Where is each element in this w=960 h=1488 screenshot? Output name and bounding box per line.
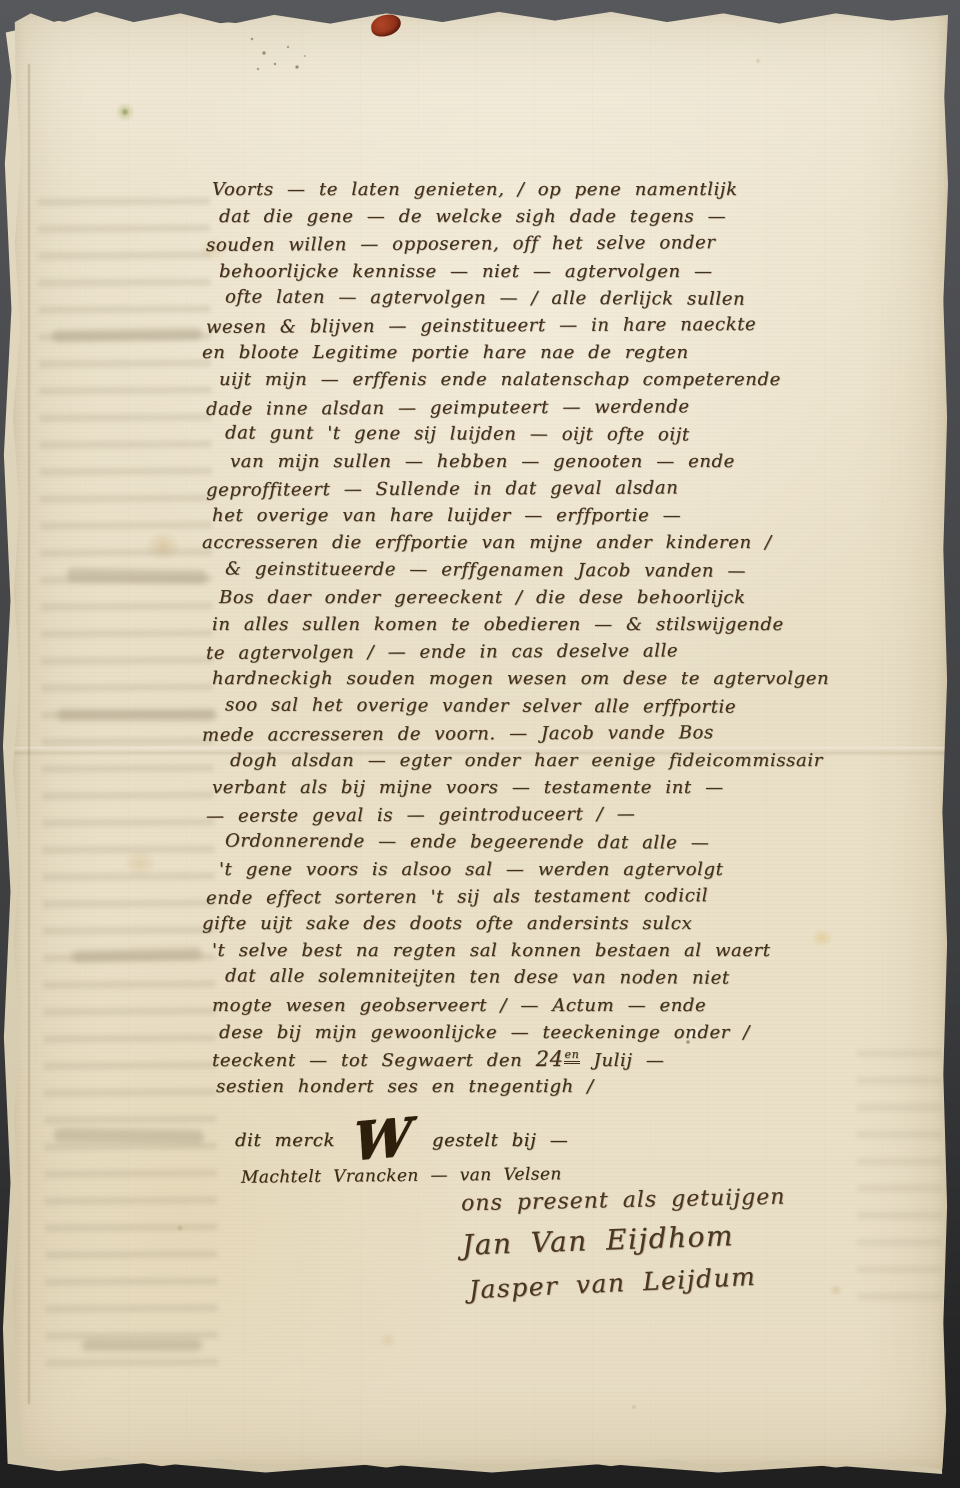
- text-line: dade inne alsdan — geimputeert — werdend…: [206, 392, 922, 423]
- witness-signature: Jan Van Eijdhom: [461, 1217, 786, 1261]
- text-line: en bloote Legitime portie hare nae de re…: [202, 339, 922, 366]
- text-line: verbant als bij mijne voors — testamente…: [212, 774, 922, 801]
- text-line: van mijn sullen — hebben — genooten — en…: [230, 448, 922, 475]
- text-line: in alles sullen komen te obedieren — & s…: [212, 611, 922, 638]
- text-line: Ordonnerende — ende begeerende dat alle …: [225, 827, 922, 857]
- text-line: accresseren die erffportie van mijne and…: [202, 529, 922, 556]
- text-line: dese bij mijn gewoonlijcke — teeckeninge…: [219, 1019, 922, 1046]
- text-line: dat gunt 't gene sij luijden — oijt ofte…: [225, 419, 922, 449]
- date-day: 24: [536, 1047, 564, 1071]
- text-line: Voorts — te laten genieten, / op pene na…: [212, 176, 922, 203]
- text-line: dat die gene — de welcke sigh dade tegen…: [219, 203, 922, 230]
- date-line: teeckent — tot Segwaert den 24en Julij —: [212, 1046, 922, 1073]
- text-line: behoorlijcke kennisse — niet — agtervolg…: [219, 258, 922, 285]
- bleedthrough-text-left: [38, 194, 218, 1375]
- text-line: — eerste geval is — geintroduceert / —: [206, 799, 922, 830]
- text-line: te agtervolgen / — ende in cas deselve a…: [206, 636, 922, 667]
- text-line: soo sal het overige vander selver alle e…: [225, 691, 922, 721]
- bleedthrough-mark: [67, 568, 207, 584]
- text-line: 't selve best na regten sal konnen besta…: [212, 937, 922, 964]
- manuscript-text: Voorts — te laten genieten, / op pene na…: [212, 176, 922, 1100]
- bleedthrough-mark: [57, 709, 217, 721]
- text-line: het overige van hare luijder — erffporti…: [212, 502, 922, 529]
- body-text: Voorts — te laten genieten, / op pene na…: [212, 176, 922, 1046]
- testatrix-mark-section: dit merck W gestelt bij — Machtelt Vranc…: [235, 1117, 568, 1186]
- bleedthrough-mark: [72, 947, 202, 962]
- witness-signatures: ons present als getuijgen Jan Van Eijdho…: [461, 1185, 788, 1301]
- text-line: mogte wesen geobserveert / — Actum — end…: [212, 992, 922, 1019]
- wax-seal-remnant: [370, 13, 403, 38]
- text-line: gifte uijt sake des doots ofte andersint…: [202, 910, 922, 937]
- text-line: & geinstitueerde — erffgenamen Jacob van…: [225, 555, 922, 585]
- date-text-post: Julij —: [580, 1050, 664, 1071]
- text-line: geproffiteert — Sullende in dat geval al…: [206, 473, 922, 504]
- mark-row: dit merck W gestelt bij —: [235, 1117, 568, 1164]
- witness-signature: Jasper van Leijdum: [468, 1260, 787, 1304]
- mark-label-right: gestelt bij —: [432, 1130, 568, 1151]
- text-line: dogh alsdan — egter onder haer eenige fi…: [230, 747, 922, 774]
- text-line: souden willen — opposeren, off het selve…: [206, 229, 922, 260]
- text-line: hardneckigh souden mogen wesen om dese t…: [212, 665, 922, 692]
- text-line: uijt mijn — erffenis ende nalatenschap c…: [219, 366, 922, 393]
- bleedthrough-mark: [52, 328, 202, 343]
- text-line: mede accresseren de voorn. — Jacob vande…: [202, 718, 922, 749]
- text-line: dat alle solemniteijten ten dese van nod…: [225, 963, 922, 993]
- closing-line: sestien hondert ses en tnegentigh /: [216, 1073, 922, 1100]
- bleedthrough-mark: [82, 1339, 202, 1351]
- mark-label-left: dit merck: [235, 1130, 335, 1151]
- text-line: 't gene voors is alsoo sal — werden agte…: [219, 856, 922, 883]
- text-line: ofte laten — agtervolgen — / alle derlij…: [225, 283, 922, 313]
- sheet-edge-line: [28, 64, 30, 1404]
- text-line: ende effect sorteren 't sij als testamen…: [206, 881, 922, 912]
- text-line: Bos daer onder gereeckent / die dese beh…: [219, 584, 922, 611]
- bleedthrough-mark: [54, 1128, 204, 1144]
- witness-heading: ons present als getuijgen: [461, 1185, 786, 1217]
- testatrix-mark: W: [352, 1114, 413, 1166]
- date-superscript: en: [564, 1048, 581, 1064]
- testatrix-name: Machtelt Vrancken — van Velsen: [241, 1164, 569, 1187]
- date-text-pre: teeckent — tot Segwaert den: [212, 1050, 536, 1071]
- manuscript-page: Voorts — te laten genieten, / op pene na…: [12, 9, 948, 1469]
- witness-signature-list: Jan Van EijdhomJasper van Leijdum: [462, 1220, 788, 1301]
- text-line: wesen & blijven — geinstitueert — in har…: [206, 310, 922, 341]
